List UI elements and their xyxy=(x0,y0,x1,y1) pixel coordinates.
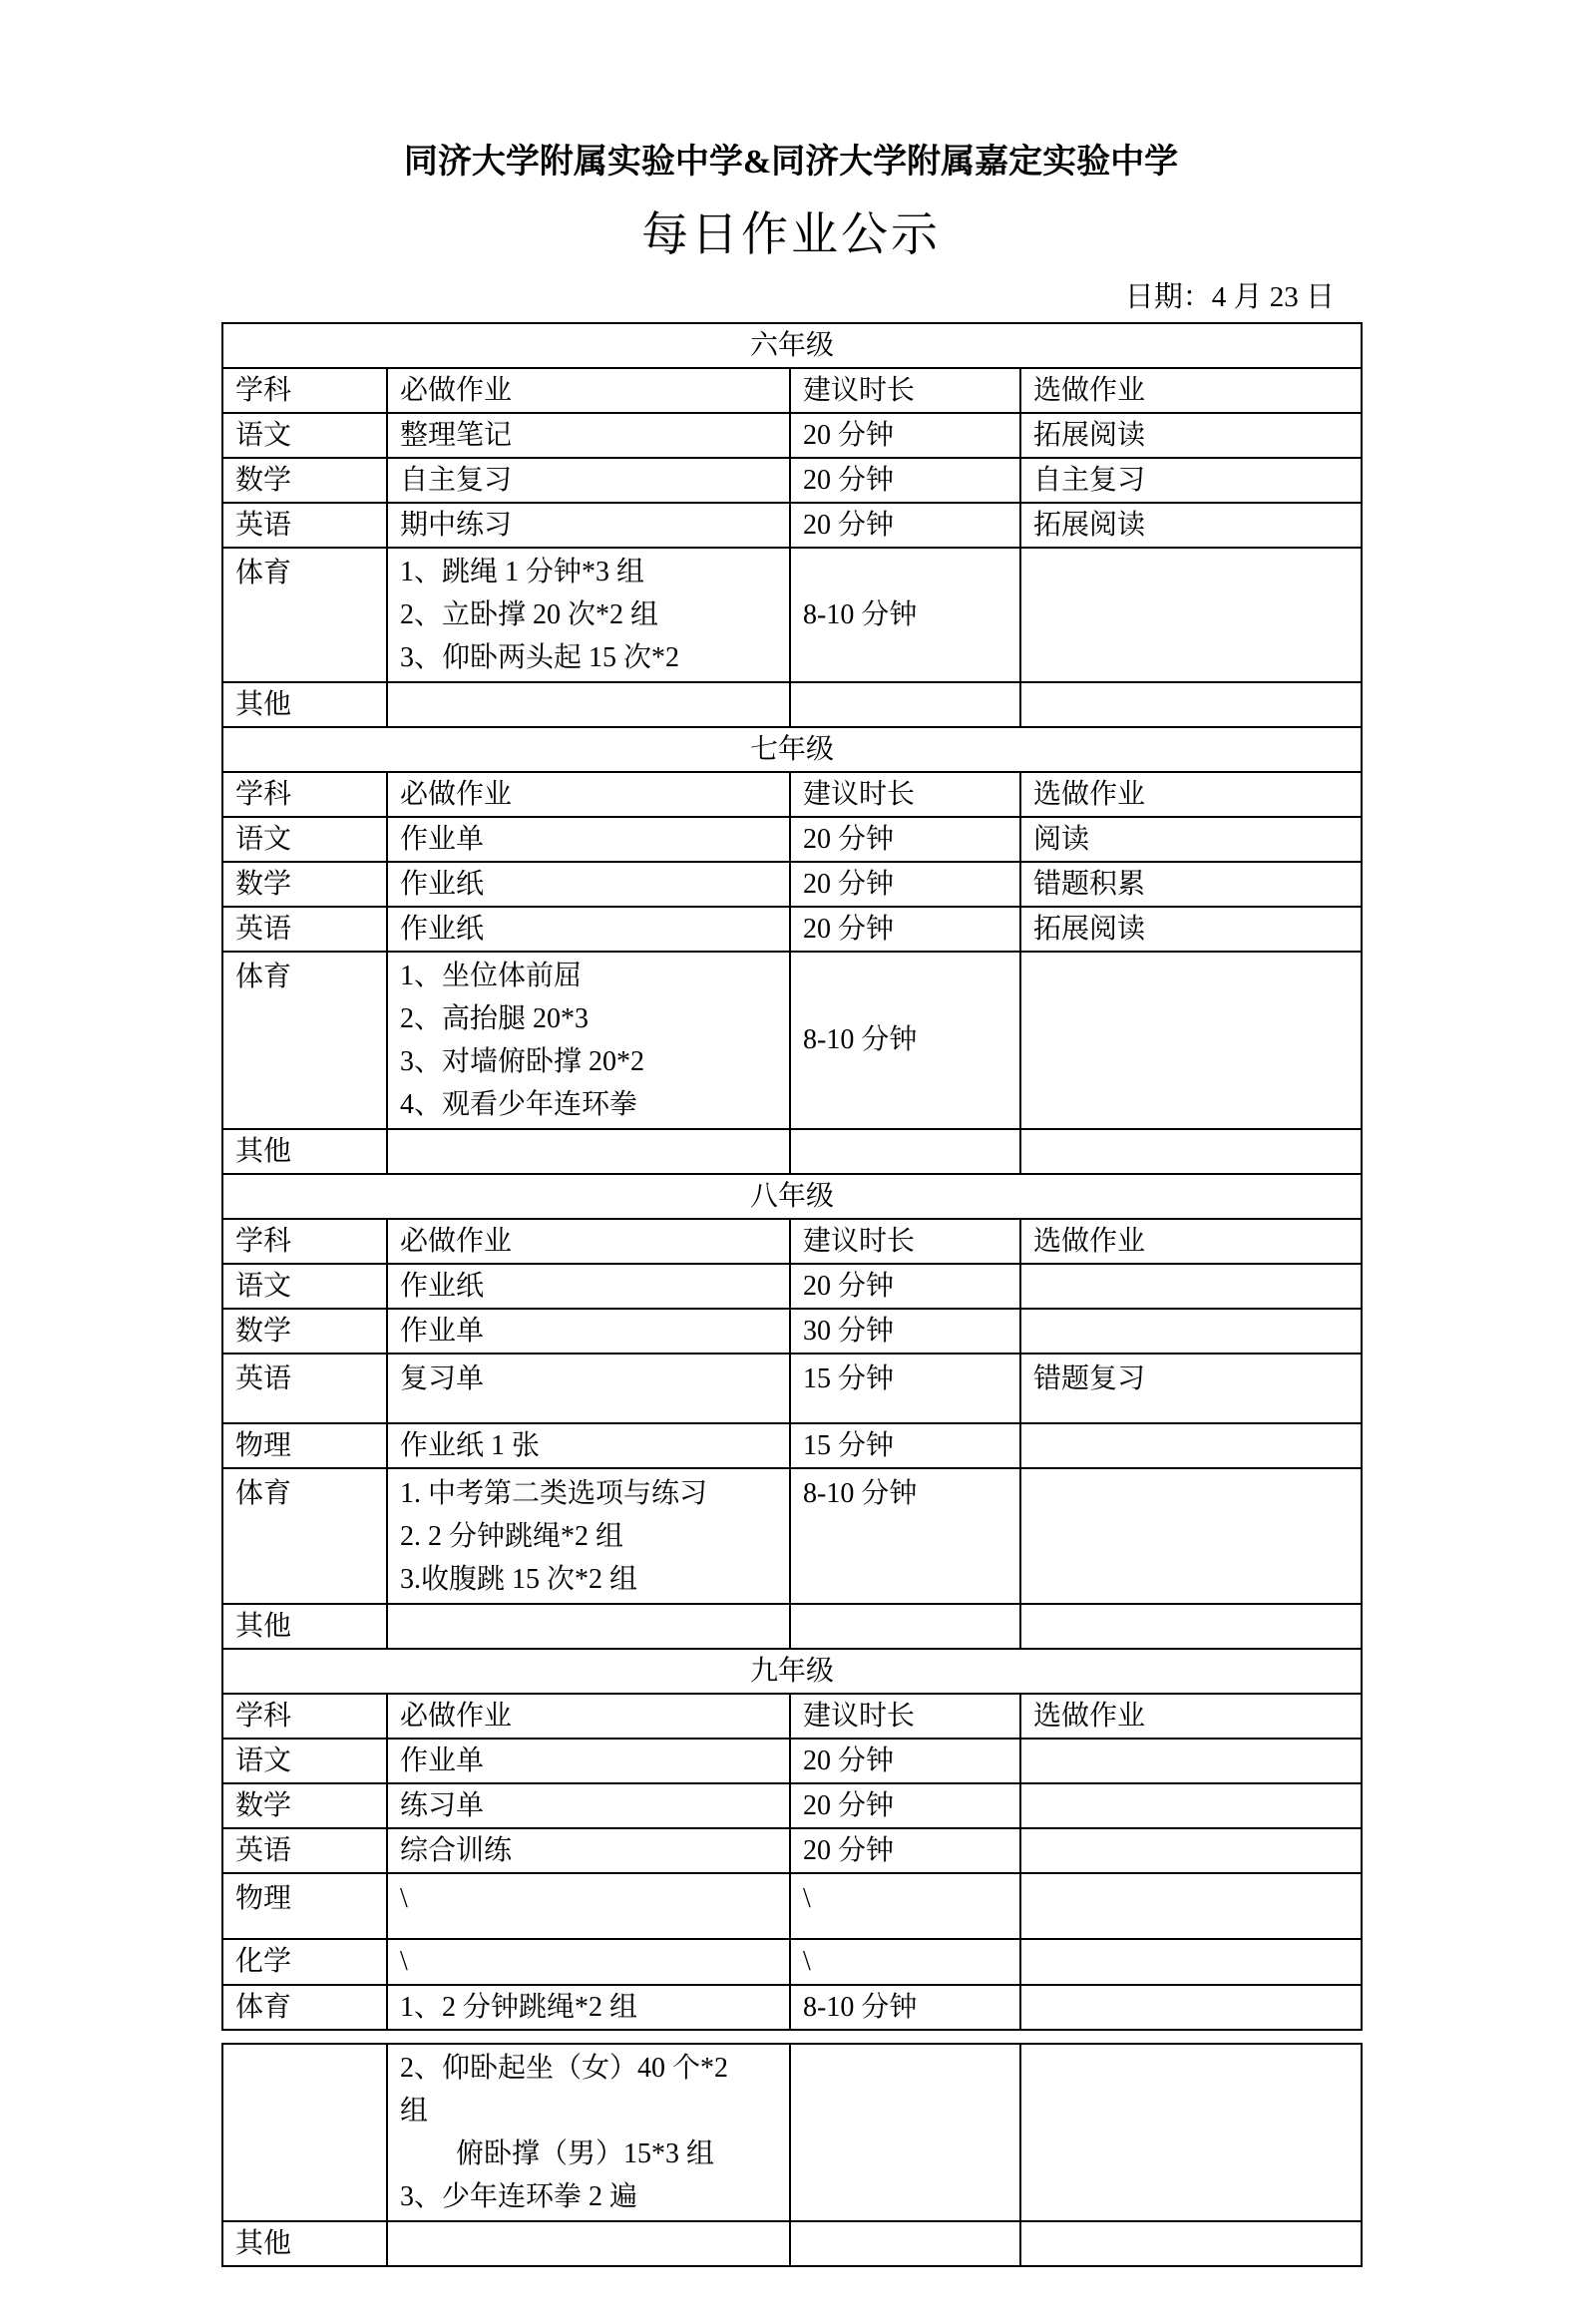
subject-cell: 体育 xyxy=(222,1468,387,1604)
optional-cell xyxy=(1020,1783,1362,1828)
duration-cell xyxy=(790,2221,1020,2266)
table-row: 语文 整理笔记 20 分钟 拓展阅读 xyxy=(222,413,1362,458)
optional-cell xyxy=(1020,952,1362,1129)
table-row-pe: 体育 1. 中考第二类选项与练习 2. 2 分钟跳绳*2 组 3.收腹跳 15 … xyxy=(222,1468,1362,1604)
grade-8-column-header-row: 学科 必做作业 建议时长 选做作业 xyxy=(222,1219,1362,1264)
grade-8-title: 八年级 xyxy=(222,1174,1362,1219)
duration-cell: 20 分钟 xyxy=(790,907,1020,952)
optional-cell: 错题复习 xyxy=(1020,1354,1362,1423)
table-row: 物理 作业纸 1 张 15 分钟 xyxy=(222,1423,1362,1468)
required-cell: 自主复习 xyxy=(387,458,790,503)
subject-cell: 数学 xyxy=(222,862,387,907)
subject-cell xyxy=(222,2044,387,2221)
table-row: 化学 \ \ xyxy=(222,1939,1362,1985)
subject-cell: 英语 xyxy=(222,1828,387,1873)
duration-cell: 20 分钟 xyxy=(790,1828,1020,1873)
grade-7-title: 七年级 xyxy=(222,727,1362,772)
subject-cell: 语文 xyxy=(222,1264,387,1309)
table-row: 语文 作业单 20 分钟 阅读 xyxy=(222,817,1362,862)
required-cell: 1、跳绳 1 分钟*3 组 2、立卧撑 20 次*2 组 3、仰卧两头起 15 … xyxy=(387,548,790,682)
optional-cell: 错题积累 xyxy=(1020,862,1362,907)
table-row-pe: 体育 1、2 分钟跳绳*2 组 8-10 分钟 xyxy=(222,1985,1362,2030)
optional-cell xyxy=(1020,1264,1362,1309)
duration-cell: 8-10 分钟 xyxy=(790,1468,1020,1604)
subject-cell: 语文 xyxy=(222,413,387,458)
col-header-duration: 建议时长 xyxy=(790,368,1020,413)
col-header-optional: 选做作业 xyxy=(1020,1694,1362,1739)
homework-table: 六年级 学科 必做作业 建议时长 选做作业 语文 整理笔记 20 分钟 拓展阅读… xyxy=(221,322,1363,2031)
required-cell xyxy=(387,1604,790,1649)
grade-9-column-header-row: 学科 必做作业 建议时长 选做作业 xyxy=(222,1694,1362,1739)
col-header-subject: 学科 xyxy=(222,772,387,817)
subject-cell: 数学 xyxy=(222,1783,387,1828)
subject-cell: 体育 xyxy=(222,548,387,682)
subject-cell: 英语 xyxy=(222,1354,387,1423)
table-row-other: 其他 xyxy=(222,2221,1362,2266)
required-cell: 作业纸 xyxy=(387,907,790,952)
subject-cell: 语文 xyxy=(222,817,387,862)
duration-cell: 20 分钟 xyxy=(790,1783,1020,1828)
table-row-pe: 体育 1、坐位体前屈 2、高抬腿 20*3 3、对墙俯卧撑 20*2 4、观看少… xyxy=(222,952,1362,1129)
duration-cell xyxy=(790,1129,1020,1174)
col-header-subject: 学科 xyxy=(222,1694,387,1739)
duration-cell: 20 分钟 xyxy=(790,817,1020,862)
subject-cell: 其他 xyxy=(222,682,387,727)
grade-8-header-row: 八年级 xyxy=(222,1174,1362,1219)
subject-cell: 英语 xyxy=(222,907,387,952)
table-row: 英语 期中练习 20 分钟 拓展阅读 xyxy=(222,503,1362,548)
subject-cell: 其他 xyxy=(222,1129,387,1174)
homework-table-continuation: 2、仰卧起坐（女）40 个*2 组 俯卧撑（男）15*3 组 3、少年连环拳 2… xyxy=(221,2043,1363,2267)
table-row: 物理 \ \ xyxy=(222,1873,1362,1939)
required-cell: \ xyxy=(387,1873,790,1939)
optional-cell xyxy=(1020,2221,1362,2266)
table-row-other: 其他 xyxy=(222,682,1362,727)
duration-cell: 15 分钟 xyxy=(790,1354,1020,1423)
optional-cell xyxy=(1020,1939,1362,1985)
duration-cell: 20 分钟 xyxy=(790,1739,1020,1783)
table-row: 英语 综合训练 20 分钟 xyxy=(222,1828,1362,1873)
duration-cell: 8-10 分钟 xyxy=(790,548,1020,682)
col-header-optional: 选做作业 xyxy=(1020,772,1362,817)
required-cell: 练习单 xyxy=(387,1783,790,1828)
required-cell: 整理笔记 xyxy=(387,413,790,458)
required-cell: 2、仰卧起坐（女）40 个*2 组 俯卧撑（男）15*3 组 3、少年连环拳 2… xyxy=(387,2044,790,2221)
table-row: 数学 练习单 20 分钟 xyxy=(222,1783,1362,1828)
required-cell xyxy=(387,2221,790,2266)
optional-cell xyxy=(1020,1423,1362,1468)
table-row-other: 其他 xyxy=(222,1604,1362,1649)
subject-cell: 化学 xyxy=(222,1939,387,1985)
required-cell: 作业单 xyxy=(387,817,790,862)
required-cell: 作业单 xyxy=(387,1739,790,1783)
required-cell: 作业纸 xyxy=(387,862,790,907)
duration-cell: 20 分钟 xyxy=(790,1264,1020,1309)
grade-9-title: 九年级 xyxy=(222,1649,1362,1694)
duration-cell: 20 分钟 xyxy=(790,458,1020,503)
optional-cell xyxy=(1020,1309,1362,1354)
table-row: 英语 作业纸 20 分钟 拓展阅读 xyxy=(222,907,1362,952)
required-cell: \ xyxy=(387,1939,790,1985)
subject-cell: 其他 xyxy=(222,2221,387,2266)
duration-cell: 30 分钟 xyxy=(790,1309,1020,1354)
optional-cell xyxy=(1020,548,1362,682)
page-title: 每日作业公示 xyxy=(0,210,1582,262)
table-row: 数学 作业单 30 分钟 xyxy=(222,1309,1362,1354)
subject-cell: 英语 xyxy=(222,503,387,548)
subject-cell: 数学 xyxy=(222,458,387,503)
grade-6-header-row: 六年级 xyxy=(222,323,1362,368)
grade-7-header-row: 七年级 xyxy=(222,727,1362,772)
required-cell: 作业纸 xyxy=(387,1264,790,1309)
required-cell: 作业纸 1 张 xyxy=(387,1423,790,1468)
col-header-subject: 学科 xyxy=(222,368,387,413)
subject-cell: 物理 xyxy=(222,1423,387,1468)
col-header-required: 必做作业 xyxy=(387,772,790,817)
table-row-pe: 体育 1、跳绳 1 分钟*3 组 2、立卧撑 20 次*2 组 3、仰卧两头起 … xyxy=(222,548,1362,682)
duration-cell xyxy=(790,2044,1020,2221)
col-header-required: 必做作业 xyxy=(387,1694,790,1739)
duration-cell: 20 分钟 xyxy=(790,503,1020,548)
table-row: 数学 自主复习 20 分钟 自主复习 xyxy=(222,458,1362,503)
subject-cell: 数学 xyxy=(222,1309,387,1354)
subject-cell: 体育 xyxy=(222,952,387,1129)
subject-cell: 语文 xyxy=(222,1739,387,1783)
duration-cell: 8-10 分钟 xyxy=(790,952,1020,1129)
table-row: 英语 复习单 15 分钟 错题复习 xyxy=(222,1354,1362,1423)
table-row-pe-continued: 2、仰卧起坐（女）40 个*2 组 俯卧撑（男）15*3 组 3、少年连环拳 2… xyxy=(222,2044,1362,2221)
grade-6-title: 六年级 xyxy=(222,323,1362,368)
required-cell: 1、坐位体前屈 2、高抬腿 20*3 3、对墙俯卧撑 20*2 4、观看少年连环… xyxy=(387,952,790,1129)
col-header-subject: 学科 xyxy=(222,1219,387,1264)
optional-cell: 自主复习 xyxy=(1020,458,1362,503)
optional-cell: 拓展阅读 xyxy=(1020,503,1362,548)
optional-cell xyxy=(1020,1739,1362,1783)
school-title: 同济大学附属实验中学&同济大学附属嘉定实验中学 xyxy=(0,143,1582,184)
optional-cell: 阅读 xyxy=(1020,817,1362,862)
grade-6-column-header-row: 学科 必做作业 建议时长 选做作业 xyxy=(222,368,1362,413)
col-header-required: 必做作业 xyxy=(387,1219,790,1264)
required-cell: 复习单 xyxy=(387,1354,790,1423)
grade-9-header-row: 九年级 xyxy=(222,1649,1362,1694)
duration-cell: 20 分钟 xyxy=(790,862,1020,907)
subject-cell: 其他 xyxy=(222,1604,387,1649)
date-label: 日期：4 月 23 日 xyxy=(221,281,1361,314)
optional-cell xyxy=(1020,1129,1362,1174)
table-row: 数学 作业纸 20 分钟 错题积累 xyxy=(222,862,1362,907)
required-cell: 1、2 分钟跳绳*2 组 xyxy=(387,1985,790,2030)
document-page: 同济大学附属实验中学&同济大学附属嘉定实验中学 每日作业公示 日期：4 月 23… xyxy=(0,0,1582,2324)
col-header-duration: 建议时长 xyxy=(790,772,1020,817)
optional-cell xyxy=(1020,1828,1362,1873)
duration-cell: \ xyxy=(790,1939,1020,1985)
duration-cell: 20 分钟 xyxy=(790,413,1020,458)
duration-cell: 8-10 分钟 xyxy=(790,1985,1020,2030)
subject-cell: 物理 xyxy=(222,1873,387,1939)
required-cell: 综合训练 xyxy=(387,1828,790,1873)
duration-cell: 15 分钟 xyxy=(790,1423,1020,1468)
required-cell xyxy=(387,682,790,727)
required-cell: 1. 中考第二类选项与练习 2. 2 分钟跳绳*2 组 3.收腹跳 15 次*2… xyxy=(387,1468,790,1604)
duration-cell: \ xyxy=(790,1873,1020,1939)
optional-cell: 拓展阅读 xyxy=(1020,413,1362,458)
col-header-optional: 选做作业 xyxy=(1020,1219,1362,1264)
required-cell: 期中练习 xyxy=(387,503,790,548)
col-header-duration: 建议时长 xyxy=(790,1694,1020,1739)
optional-cell xyxy=(1020,682,1362,727)
optional-cell xyxy=(1020,2044,1362,2221)
optional-cell xyxy=(1020,1873,1362,1939)
col-header-required: 必做作业 xyxy=(387,368,790,413)
col-header-duration: 建议时长 xyxy=(790,1219,1020,1264)
duration-cell xyxy=(790,682,1020,727)
subject-cell: 体育 xyxy=(222,1985,387,2030)
optional-cell xyxy=(1020,1468,1362,1604)
duration-cell xyxy=(790,1604,1020,1649)
required-cell xyxy=(387,1129,790,1174)
grade-7-column-header-row: 学科 必做作业 建议时长 选做作业 xyxy=(222,772,1362,817)
table-row: 语文 作业纸 20 分钟 xyxy=(222,1264,1362,1309)
required-cell: 作业单 xyxy=(387,1309,790,1354)
table-row: 语文 作业单 20 分钟 xyxy=(222,1739,1362,1783)
table-row-other: 其他 xyxy=(222,1129,1362,1174)
optional-cell: 拓展阅读 xyxy=(1020,907,1362,952)
optional-cell xyxy=(1020,1604,1362,1649)
optional-cell xyxy=(1020,1985,1362,2030)
document-content: 日期：4 月 23 日 六年级 学科 必做作业 建议时长 选做作业 语文 整理笔 xyxy=(221,281,1361,2266)
col-header-optional: 选做作业 xyxy=(1020,368,1362,413)
